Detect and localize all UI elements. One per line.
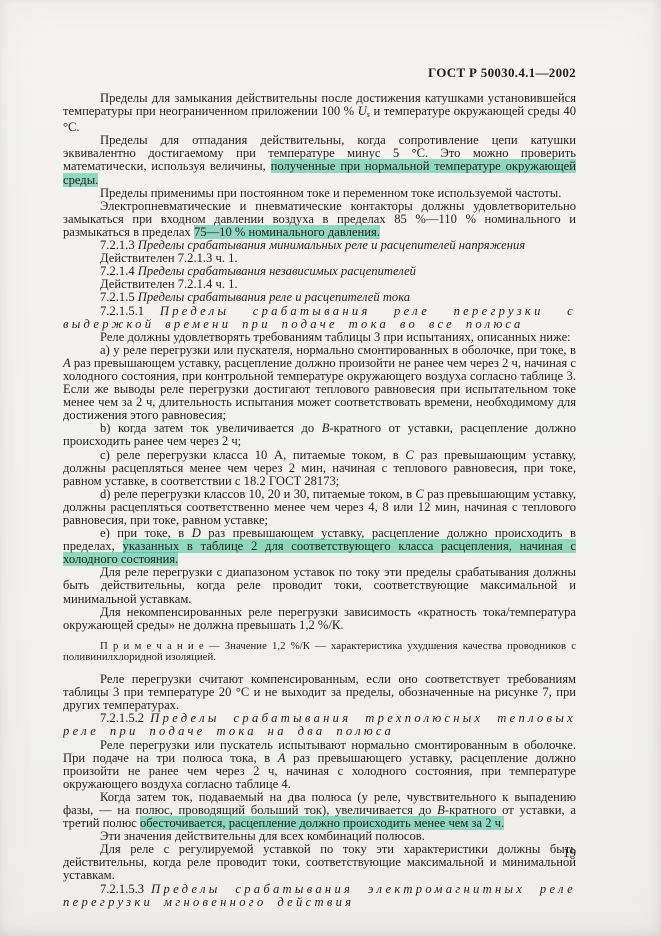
text-segment: раз превышающем уставку, расцепление дол… [63, 356, 576, 422]
para-setting-range: Для реле перегрузки с диапазоном уставок… [63, 566, 576, 605]
para-item-a: a) у реле перегрузки или пускателя, норм… [63, 344, 576, 423]
text-segment: A [63, 356, 71, 370]
text-segment: Эти значения действительны для всех комб… [100, 829, 425, 843]
text-segment: C [415, 487, 423, 501]
text-segment: Пределы срабатывания минимальных реле и … [138, 238, 525, 252]
para-uncompensated: Для некомпенсированных реле перегрузки з… [63, 606, 576, 632]
text-segment: a) у реле перегрузки или пускателя, норм… [100, 343, 576, 357]
text-segment: Реле перегрузки считают компенсированным… [63, 672, 576, 712]
text-segment: Пределы срабатывания независимых расцепи… [138, 264, 416, 278]
heading-7-2-1-5-3: 7.2.1.5.3 Пределы срабатывания электрома… [63, 883, 576, 909]
para-dropout-limits: Пределы для отпадания действительны, ког… [63, 134, 576, 186]
para-item-b: b) когда затем ток увеличивается до B-кр… [63, 422, 576, 448]
text-segment: 7.2.1.5 [100, 290, 138, 304]
page-number: 19 [63, 845, 576, 861]
document-page: ГОСТ Р 50030.4.1—2002 Пределы для замыка… [0, 0, 661, 936]
para-note: П р и м е ч а н и е — Значение 1,2 %/К —… [63, 641, 576, 664]
para-three-pole-test: Реле перегрузки или пускатель испытывают… [63, 739, 576, 791]
text-segment: e) при токе, в [100, 526, 192, 540]
document-body: Пределы для замыкания действительны посл… [63, 92, 576, 909]
text-segment: 7.2.1.4 [100, 264, 138, 278]
text-segment: c) реле перегрузки класса 10 А, питаемые… [100, 448, 405, 462]
text-segment: 7.2.1.3 [100, 238, 138, 252]
text-segment: Действителен 7.2.1.3 ч. 1. [100, 251, 238, 265]
para-pneumatic-contactors: Электропневматические и пневматические к… [63, 200, 576, 239]
text-segment: d) реле перегрузки классов 10, 20 и 30, … [100, 487, 415, 501]
para-item-e: e) при токе, в D раз превышающем уставку… [63, 527, 576, 566]
text-segment: Пределы срабатывания реле и расцепителей… [138, 290, 410, 304]
text-segment: D [192, 526, 201, 540]
text-segment: B [437, 803, 445, 817]
heading-7-2-1-5-2: 7.2.1.5.2 Пределы срабатывания трехполюс… [63, 712, 576, 738]
para-closing-limits: Пределы для замыкания действительны посл… [63, 92, 576, 134]
standard-number-header: ГОСТ Р 50030.4.1—2002 [63, 65, 576, 81]
text-segment: 7.2.1.5.1 [100, 304, 160, 318]
text-segment: b) когда затем ток увеличивается до [100, 421, 322, 435]
text-segment: Для реле перегрузки с диапазоном уставок… [63, 565, 576, 605]
text-segment: П р и м е ч а н и е — Значение 1,2 %/К —… [63, 640, 576, 664]
text-segment: A [278, 751, 286, 765]
highlighted-text: указанных в таблице 2 для соответствующе… [63, 539, 576, 566]
text-segment: Для некомпенсированных реле перегрузки з… [63, 605, 576, 632]
para-item-d: d) реле перегрузки классов 10, 20 и 30, … [63, 488, 576, 527]
para-compensated: Реле перегрузки считают компенсированным… [63, 673, 576, 712]
para-two-pole-current: Когда затем ток, подаваемый на два полюс… [63, 791, 576, 830]
text-segment: Реле должны удовлетворять требованиям та… [100, 330, 571, 344]
para-item-c: c) реле перегрузки класса 10 А, питаемые… [63, 449, 576, 488]
text-segment: 7.2.1.5.2 [100, 711, 150, 725]
text-segment: C [405, 448, 413, 462]
heading-7-2-1-5-1: 7.2.1.5.1 Пределы срабатывания реле пере… [63, 305, 576, 331]
text-segment: Пределы применимы при постоянном токе и … [100, 186, 561, 200]
highlighted-text: обесточивается, расцепление должно проис… [140, 816, 504, 830]
text-segment: U [358, 104, 367, 118]
text-segment: 7.2.1.5.3 [100, 882, 151, 896]
text-segment: Действителен 7.2.1.4 ч. 1. [100, 277, 238, 291]
highlighted-text: 75—10 % номинального давления. [194, 225, 380, 239]
